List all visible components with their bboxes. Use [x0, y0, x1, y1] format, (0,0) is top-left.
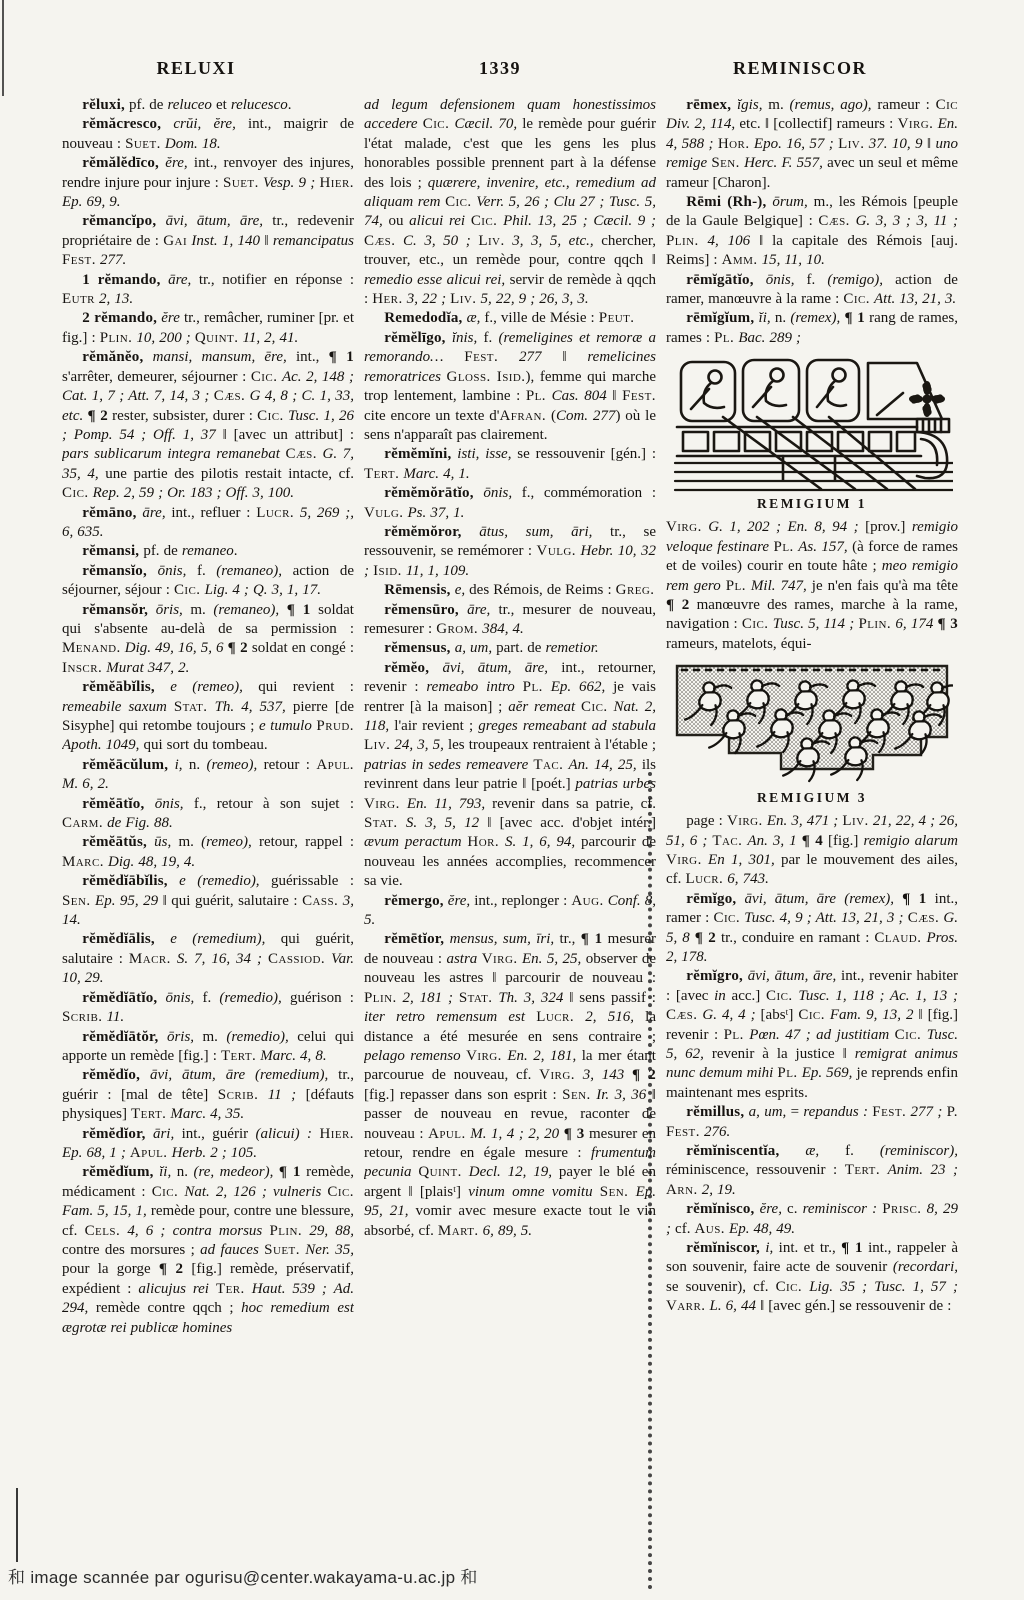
column-2: ad legum defensionem quam honestissimos … — [364, 96, 656, 1554]
column-3-bottom: page : Virg. En. 3, 471 ; Liv. 21, 22, 4… — [666, 812, 958, 1317]
figure-remigium-3: REMIGIUM 3 — [666, 661, 958, 806]
figure-remigium-1: REMIGIUM 1 — [666, 355, 958, 512]
dictionary-entry: rēmex, ĭgis, m. (remus, ago), rameur : C… — [666, 96, 958, 193]
guideword-left: RELUXI — [156, 58, 235, 79]
dictionary-entry: rĕmĕdĭātŏr, ōris, m. (remedio), celui qu… — [62, 1028, 354, 1067]
dictionary-entry: rĕmĭniscor, i, int. et tr., ¶ 1 int., ra… — [666, 1239, 958, 1317]
dictionary-entry: rēmĭgĭum, ĭi, n. (remex), ¶ 1 rang de ra… — [666, 309, 958, 348]
dictionary-entry: rĕmĕācŭlum, i, n. (remeo), retour : Apul… — [62, 756, 354, 795]
dictionary-entry: rēmĭgo, āvi, ātum, āre (remex), ¶ 1 int.… — [666, 890, 958, 968]
figure-caption: REMIGIUM 1 — [666, 496, 958, 512]
dictionary-entry: rĕmāno, āre, int., refluer : Lucr. 5, 26… — [62, 504, 354, 543]
dictionary-entry: rĕmăcresco, crŭi, ĕre, int., maigrir de … — [62, 115, 354, 154]
dictionary-entry: rĕmĕdĭo, āvi, ātum, āre (remedium), tr.,… — [62, 1066, 354, 1124]
dictionary-entry: rĕmansŏr, ōris, m. (remaneo), ¶ 1 soldat… — [62, 601, 354, 679]
dictionary-entry: Rēmensis, e, des Rémois, de Reims : Greg… — [364, 581, 656, 600]
dictionary-entry: 1 rĕmando, āre, tr., notifier en réponse… — [62, 271, 354, 310]
dictionary-entry: rĕmĕātĭo, ōnis, f., retour à son sujet :… — [62, 795, 354, 834]
dictionary-entry: rĕmĕdĭātĭo, ōnis, f. (remedio), guérison… — [62, 989, 354, 1028]
column-1: rĕluxi, pf. de reluceo et relucesco.rĕmă… — [62, 96, 354, 1554]
dictionary-entry: ad legum defensionem quam honestissimos … — [364, 96, 656, 309]
dictionary-entry: rĕmancĭpo, āvi, ātum, āre, tr., redeveni… — [62, 212, 354, 270]
running-head: RELUXI 1339 REMINISCOR — [0, 58, 1024, 86]
dictionary-entry: rĕmansĭo, ōnis, f. (remaneo), action de … — [62, 562, 354, 601]
dictionary-entry: rĕmĕo, āvi, ātum, āre, int., retourner, … — [364, 659, 656, 892]
dictionary-entry: rĕmĕdĭum, ĭi, n. (re, medeor), ¶ 1 remèd… — [62, 1163, 354, 1338]
dictionary-entry: rĕmĕmŏror, ātus, sum, āri, tr., se resso… — [364, 523, 656, 581]
dictionary-entry: rĕluxi, pf. de reluceo et relucesco. — [62, 96, 354, 115]
dictionary-entry: rĕmănĕo, mansi, mansum, ēre, int., ¶ 1 s… — [62, 348, 354, 503]
dictionary-page: RELUXI 1339 REMINISCOR rĕluxi, pf. de re… — [0, 0, 1024, 1600]
dictionary-entry: rĕmĕdĭor, āri, int., guérir (alicui) : H… — [62, 1125, 354, 1164]
column-3-middle: Virg. G. 1, 202 ; En. 8, 94 ; [prov.] re… — [666, 518, 958, 654]
dictionary-entry: Virg. G. 1, 202 ; En. 8, 94 ; [prov.] re… — [666, 518, 958, 654]
dictionary-entry: rĕmĕdĭābĭlis, e (remedio), guérissable :… — [62, 872, 354, 930]
dictionary-entry: rĕmĕmĭni, isti, isse, se ressouvenir [gé… — [364, 445, 656, 484]
dictionary-entry: Rēmi (Rh-), ōrum, m., les Rémois [peuple… — [666, 193, 958, 271]
dictionary-entry: rĕmētĭor, mensus, sum, īri, tr., ¶ 1 mes… — [364, 930, 656, 1241]
column-3-top: rēmex, ĭgis, m. (remus, ago), rameur : C… — [666, 96, 958, 348]
dictionary-entry: Remedodĭa, æ, f., ville de Mésie : Peut. — [364, 309, 656, 328]
dictionary-entry: rĕmensus, a, um, part. de remetior. — [364, 639, 656, 658]
dictionary-entry: rĕmĕābĭlis, e (remeo), qui revient : rem… — [62, 678, 354, 756]
dictionary-entry: rĕmĕdĭālis, e (remedium), qui guérit, sa… — [62, 930, 354, 988]
scan-artifact-left-bottom — [16, 1488, 18, 1562]
remigium-3-illustration — [671, 661, 953, 787]
dictionary-entry: rĕmergo, ĕre, int., replonger : Aug. Con… — [364, 892, 656, 931]
guideword-right: REMINISCOR — [733, 58, 867, 79]
figure-caption: REMIGIUM 3 — [666, 790, 958, 806]
dictionary-entry: rĕmĕlīgo, ĭnis, f. (remeligines et remor… — [364, 329, 656, 445]
dictionary-entry: rĕmillus, a, um, = repandus : Fest. 277 … — [666, 1103, 958, 1142]
scan-attribution-note: 和 image scannée par ogurisu@center.wakay… — [8, 1563, 478, 1588]
text-columns: rĕluxi, pf. de reluceo et relucesco.rĕmă… — [62, 96, 958, 1554]
dictionary-entry: rĕmĭnisco, ĕre, c. reminiscor : Prisc. 8… — [666, 1200, 958, 1239]
dictionary-entry: rĕmensūro, āre, tr., mesurer de nouveau,… — [364, 601, 656, 640]
dictionary-entry: rĕmĕmŏrātĭo, ōnis, f., commémoration : V… — [364, 484, 656, 523]
dictionary-entry: page : Virg. En. 3, 471 ; Liv. 21, 22, 4… — [666, 812, 958, 890]
dictionary-entry: rēmĭgātĭo, ōnis, f. (remigo), action de … — [666, 271, 958, 310]
dictionary-entry: 2 rĕmando, ĕre tr., remâcher, ruminer [p… — [62, 309, 354, 348]
dictionary-entry: rĕmĕātŭs, ūs, m. (remeo), retour, rappel… — [62, 833, 354, 872]
page-number: 1339 — [479, 58, 521, 79]
dictionary-entry: rĕmălĕdīco, ĕre, int., renvoyer des inju… — [62, 154, 354, 212]
remigium-1-illustration — [671, 355, 953, 493]
dictionary-entry: rĕmĭgro, āvi, ātum, āre, int., revenir h… — [666, 967, 958, 1103]
dictionary-entry: rĕmĭniscentĭa, æ, f. (reminiscor), rémin… — [666, 1142, 958, 1200]
dictionary-entry: rĕmansi, pf. de remaneo. — [62, 542, 354, 561]
column-3: rēmex, ĭgis, m. (remus, ago), rameur : C… — [666, 96, 958, 1554]
